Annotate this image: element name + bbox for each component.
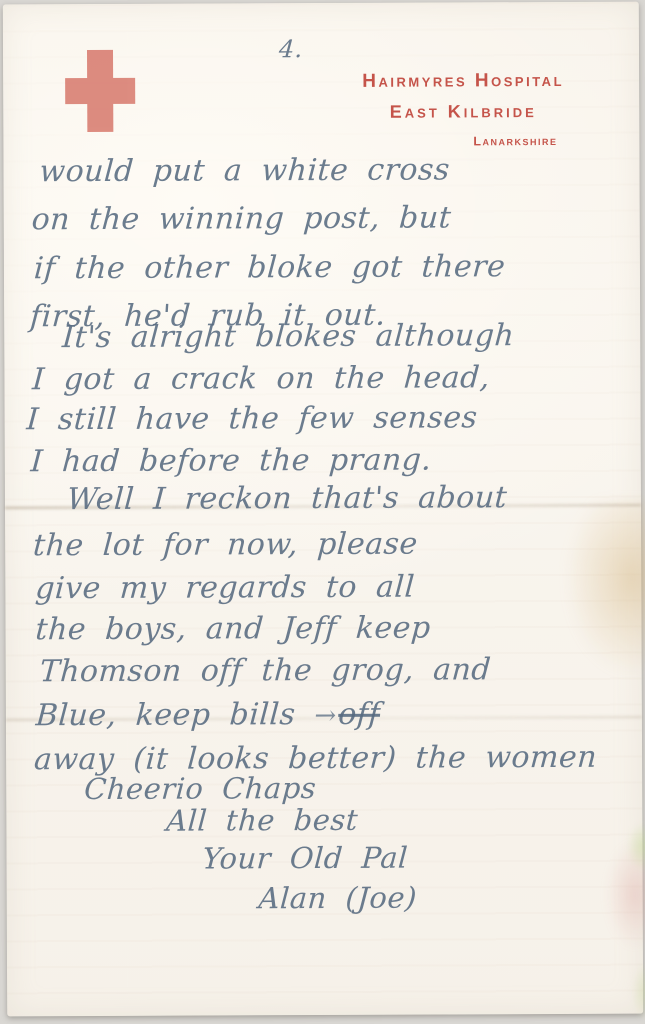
letter-line: I still have the few senses xyxy=(25,400,478,437)
letter-line: It's alright blokes although xyxy=(61,318,515,355)
paper-stain xyxy=(565,499,645,674)
page-number: 4. xyxy=(278,35,304,63)
paper-stain xyxy=(626,822,645,872)
letter-line: if the other bloke got there xyxy=(33,249,507,286)
letter-line: give my regards to all xyxy=(34,570,416,607)
letterhead-hospital-name: Hairmyres Hospital xyxy=(333,70,593,93)
letter-paper: 4. Hairmyres Hospital East Kilbride Lana… xyxy=(3,2,643,1017)
letter-line: I had before the prang. xyxy=(30,443,433,480)
letterhead-town: East Kilbride xyxy=(333,101,593,123)
signature-line: Alan (Joe) xyxy=(258,881,419,916)
scanned-letter: 4. Hairmyres Hospital East Kilbride Lana… xyxy=(0,0,645,1024)
closing-line: Cheerio Chaps xyxy=(83,771,317,806)
strikethrough-word: off xyxy=(337,697,381,732)
amended-line-text: Blue, keep bills xyxy=(35,697,316,733)
red-cross-icon xyxy=(65,50,135,132)
letter-line: on the winning post, but xyxy=(31,200,453,237)
paper-stain xyxy=(631,962,645,1022)
letter-line: the lot for now, please xyxy=(32,527,419,564)
letter-line: Well I reckon that's about xyxy=(66,480,509,517)
closing-line: All the best xyxy=(165,803,359,838)
letter-line: would put a white cross xyxy=(38,152,451,189)
letter-line: the boys, and Jeff keep xyxy=(34,611,432,648)
letter-line: Thomson off the grog, and xyxy=(39,652,493,689)
letter-line-amended: Blue, keep bills →off xyxy=(35,697,382,734)
letterhead-county: Lanarkshire xyxy=(455,134,575,149)
red-cross-horizontal-bar xyxy=(65,78,135,104)
letter-line: I got a crack on the head, xyxy=(31,360,491,397)
insertion-arrow-icon: → xyxy=(313,701,337,731)
closing-line: Your Old Pal xyxy=(201,841,409,876)
paper-stain xyxy=(604,840,645,950)
